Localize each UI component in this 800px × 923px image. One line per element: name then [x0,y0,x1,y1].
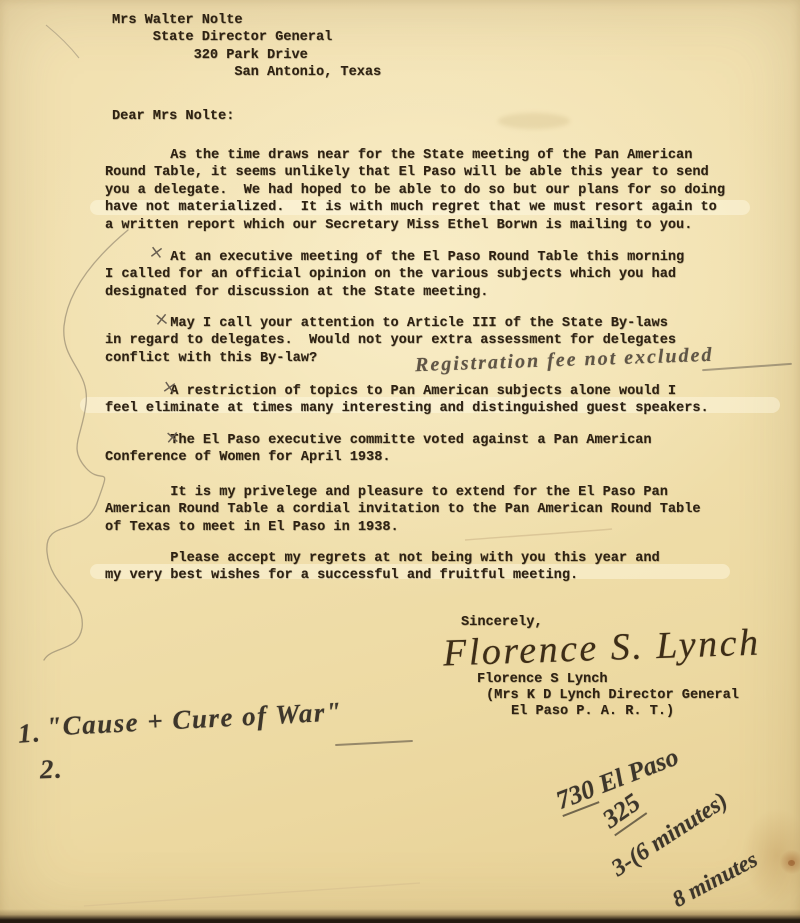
recipient-address-block: Mrs Walter Nolte State Director General … [112,12,381,82]
pencil-list-item2-number: 2. [39,754,63,786]
typed-line: of Texas to meet in El Paso in 1938. [105,519,701,536]
typed-line: Please accept my regrets at not being wi… [105,550,660,567]
pencil-list-item1-text: "Cause + Cure of War" [45,696,343,742]
pencil-note-tail-stroke [702,363,792,371]
paragraph-6: It is my privelege and pleasure to exten… [105,484,701,536]
pencil-list-item1-number: 1. [17,717,42,750]
signature-title-line: (Mrs K D Lynch Director General [486,687,739,704]
pencil-list-tail-stroke [335,740,413,746]
typed-line: a written report which our Secretary Mis… [105,217,725,234]
scan-edge [0,909,800,923]
typed-line: you a delegate. We had hoped to be able … [105,182,725,199]
letter-sheet: Mrs Walter Nolte State Director General … [0,0,800,923]
typed-line: The El Paso executive committe voted aga… [105,432,652,449]
typed-line: At an executive meeting of the El Paso R… [105,249,684,266]
typed-line: A restriction of topics to Pan American … [105,383,709,400]
pencil-x-mark: × [148,241,166,264]
corner-note-place: El Paso [588,742,682,801]
typed-line: As the time draws near for the State mee… [105,147,725,164]
recipient-line: San Antonio, Texas [112,64,381,81]
embossed-smudge [498,113,570,129]
signature-org-line: El Paso P. A. R. T.) [511,703,674,720]
typed-line: Round Table, it seems unlikely that El P… [105,164,725,181]
paragraph-5: The El Paso executive committe voted aga… [105,432,652,467]
recipient-line: State Director General [112,29,381,46]
recipient-line: 320 Park Drive [112,47,381,64]
pencil-x-mark: × [153,308,170,330]
typed-line: Conference of Women for April 1938. [105,449,652,466]
typed-line: feel eliminate at times many interesting… [105,400,709,417]
paragraph-1: As the time draws near for the State mee… [105,147,725,234]
typed-line: May I call your attention to Article III… [105,315,676,332]
paper-stain-speck [788,860,795,866]
typed-line: It is my privelege and pleasure to exten… [105,484,701,501]
paragraph-4: A restriction of topics to Pan American … [105,383,709,418]
paper-crease [84,883,420,906]
signature-typed-name: Florence S Lynch [477,671,608,688]
typed-line: my very best wishes for a successful and… [105,567,660,584]
salutation: Dear Mrs Nolte: [112,108,234,125]
typed-line: designated for discussion at the State m… [105,284,684,301]
corner-pencil-scratch [46,25,79,58]
typed-line: American Round Table a cordial invitatio… [105,501,701,518]
recipient-line: Mrs Walter Nolte [112,12,381,29]
pencil-x-mark: × [164,426,181,448]
typed-line: have not materialized. It is with much r… [105,199,725,216]
typed-line: I called for an official opinion on the … [105,266,684,283]
paragraph-2: At an executive meeting of the El Paso R… [105,249,684,301]
paragraph-7: Please accept my regrets at not being wi… [105,550,660,585]
